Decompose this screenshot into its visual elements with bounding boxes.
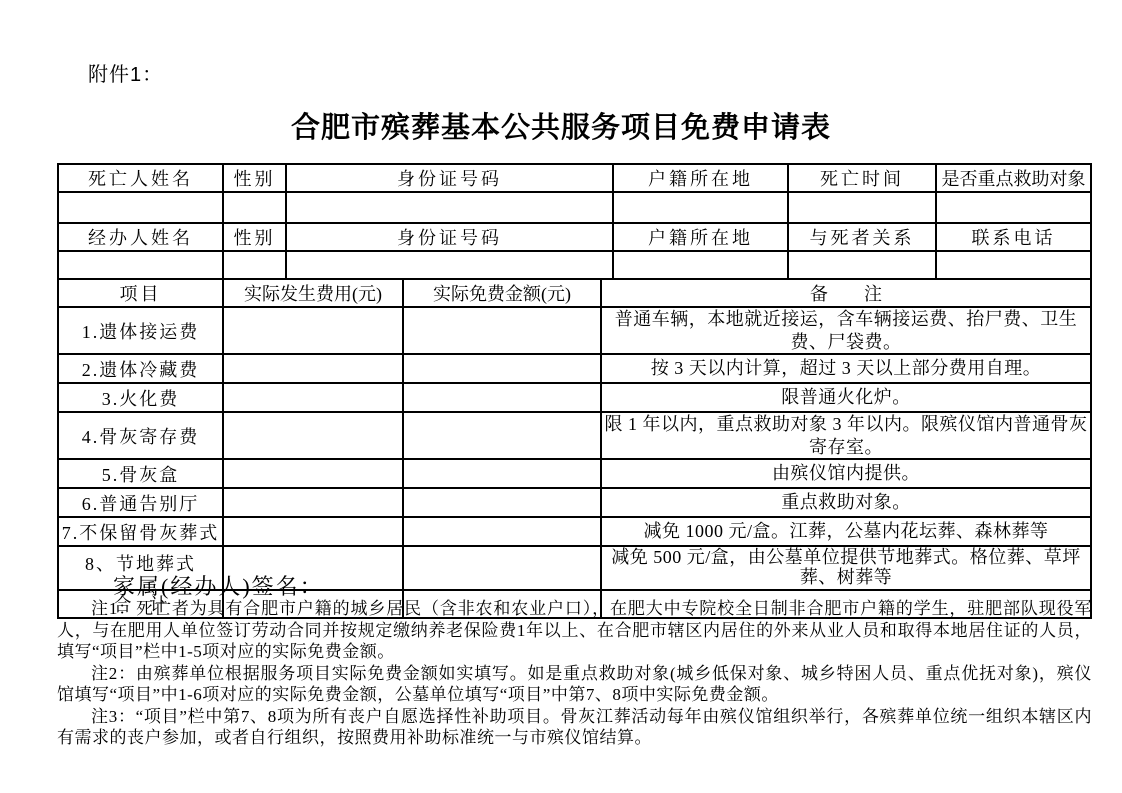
remark-col-header: 备 注 [601, 279, 1091, 307]
application-form-table: 死亡人姓名 性别 身份证号码 户籍所在地 死亡时间 是否重点救助对象 经办人姓名… [57, 163, 1092, 619]
item-remark: 按 3 天以内计算，超过 3 天以上部分费用自理。 [601, 354, 1091, 383]
item-label: 7.不保留骨灰葬式 [58, 517, 223, 546]
actual-free-field[interactable] [403, 517, 601, 546]
item-label: 5.骨灰盒 [58, 459, 223, 488]
item-label: 2.遗体冷藏费 [58, 354, 223, 383]
note-3: 注3：“项目”栏中第7、8项为所有丧户自愿选择性补助项目。骨灰江葬活动每年由殡仪… [57, 706, 1092, 749]
item-remark: 限 1 年以内，重点救助对象 3 年以内。限殡仪馆内普通骨灰寄存室。 [601, 412, 1091, 459]
item-row-5: 5.骨灰盒 由殡仪馆内提供。 [58, 459, 1091, 488]
actual-free-field[interactable] [403, 546, 601, 590]
actual-free-field[interactable] [403, 307, 601, 354]
item-row-7: 7.不保留骨灰葬式 减免 1000 元/盒。江葬，公墓内花坛葬、森林葬等 [58, 517, 1091, 546]
deceased-id-digit-boxes[interactable] [286, 192, 613, 223]
item-remark: 减免 1000 元/盒。江葬，公墓内花坛葬、森林葬等 [601, 517, 1091, 546]
agent-residence-field[interactable] [613, 251, 788, 279]
item-label: 3.火化费 [58, 383, 223, 412]
attachment-label: 附件1： [88, 58, 163, 87]
item-row-1: 1.遗体接运费 普通车辆，本地就近接运，含车辆接运费、抬尸费、卫生费、尸袋费。 [58, 307, 1091, 354]
item-remark: 由殡仪馆内提供。 [601, 459, 1091, 488]
item-row-6: 6.普通告别厅 重点救助对象。 [58, 488, 1091, 517]
agent-name-field[interactable] [58, 251, 223, 279]
agent-entry-row [58, 251, 1091, 279]
deceased-id-header: 身份证号码 [286, 164, 613, 192]
item-row-3: 3.火化费 限普通火化炉。 [58, 383, 1091, 412]
actual-cost-field[interactable] [223, 459, 403, 488]
note-1: 注1：死亡者为具有合肥市户籍的城乡居民（含非农和农业户口），在肥大中专院校全日制… [57, 598, 1092, 663]
agent-gender-header: 性别 [223, 223, 286, 251]
form-page: 附件1： 合肥市殡葬基本公共服务项目免费申请表 死亡人姓名 性别 身份证号码 户… [0, 0, 1122, 793]
signature-label: 家属(经办人)签名： [113, 570, 324, 601]
item-label: 1.遗体接运费 [58, 307, 223, 354]
relation-header: 与死者关系 [788, 223, 936, 251]
agent-name-header: 经办人姓名 [58, 223, 223, 251]
item-remark: 重点救助对象。 [601, 488, 1091, 517]
phone-field[interactable] [936, 251, 1091, 279]
relation-field[interactable] [788, 251, 936, 279]
deceased-gender-field[interactable] [223, 192, 286, 223]
notes-block: 注1：死亡者为具有合肥市户籍的城乡居民（含非农和农业户口），在肥大中专院校全日制… [57, 598, 1092, 749]
actual-cost-field[interactable] [223, 354, 403, 383]
item-row-2: 2.遗体冷藏费 按 3 天以内计算，超过 3 天以上部分费用自理。 [58, 354, 1091, 383]
actual-cost-field[interactable] [223, 517, 403, 546]
items-header-row: 项目 实际发生费用(元) 实际免费金额(元) 备 注 [58, 279, 1091, 307]
key-assist-field[interactable] [936, 192, 1091, 223]
agent-id-digit-boxes[interactable] [286, 251, 613, 279]
item-label: 4.骨灰寄存费 [58, 412, 223, 459]
agent-id-header: 身份证号码 [286, 223, 613, 251]
actual-free-field[interactable] [403, 488, 601, 517]
deceased-header-row: 死亡人姓名 性别 身份证号码 户籍所在地 死亡时间 是否重点救助对象 [58, 164, 1091, 192]
actual-free-field[interactable] [403, 412, 601, 459]
item-remark: 普通车辆，本地就近接运，含车辆接运费、抬尸费、卫生费、尸袋费。 [601, 307, 1091, 354]
deceased-gender-header: 性别 [223, 164, 286, 192]
actual-free-field[interactable] [403, 383, 601, 412]
item-label: 6.普通告别厅 [58, 488, 223, 517]
item-remark: 限普通火化炉。 [601, 383, 1091, 412]
actual-free-col-header: 实际免费金额(元) [403, 279, 601, 307]
deceased-residence-header: 户籍所在地 [613, 164, 788, 192]
page-title: 合肥市殡葬基本公共服务项目免费申请表 [0, 105, 1122, 146]
phone-header: 联系电话 [936, 223, 1091, 251]
key-assist-header: 是否重点救助对象 [936, 164, 1091, 192]
deceased-entry-row [58, 192, 1091, 223]
actual-cost-field[interactable] [223, 488, 403, 517]
deceased-name-field[interactable] [58, 192, 223, 223]
actual-free-field[interactable] [403, 354, 601, 383]
actual-cost-col-header: 实际发生费用(元) [223, 279, 403, 307]
item-col-header: 项目 [58, 279, 223, 307]
actual-cost-field[interactable] [223, 412, 403, 459]
actual-cost-field[interactable] [223, 307, 403, 354]
item-row-4: 4.骨灰寄存费 限 1 年以内，重点救助对象 3 年以内。限殡仪馆内普通骨灰寄存… [58, 412, 1091, 459]
agent-gender-field[interactable] [223, 251, 286, 279]
actual-cost-field[interactable] [223, 383, 403, 412]
agent-header-row: 经办人姓名 性别 身份证号码 户籍所在地 与死者关系 联系电话 [58, 223, 1091, 251]
deceased-name-header: 死亡人姓名 [58, 164, 223, 192]
note-2: 注2：由殡葬单位根据服务项目实际免费金额如实填写。如是重点救助对象(城乡低保对象… [57, 663, 1092, 706]
agent-residence-header: 户籍所在地 [613, 223, 788, 251]
deceased-residence-field[interactable] [613, 192, 788, 223]
item-remark: 减免 500 元/盒，由公墓单位提供节地葬式。格位葬、草坪葬、树葬等 [601, 546, 1091, 590]
death-time-field[interactable] [788, 192, 936, 223]
death-time-header: 死亡时间 [788, 164, 936, 192]
actual-free-field[interactable] [403, 459, 601, 488]
